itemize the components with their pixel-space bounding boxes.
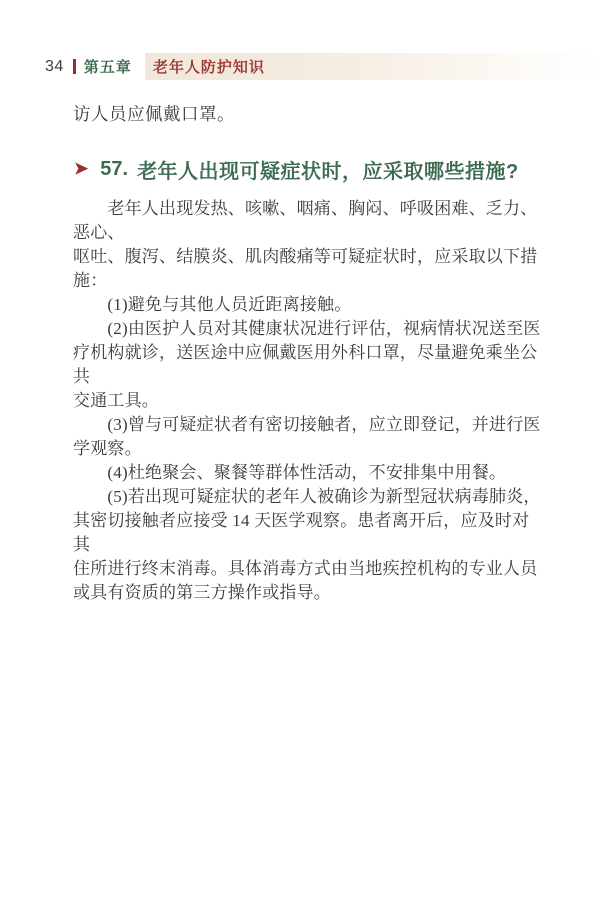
book-page: 34 第五章 老年人防护知识 访人员应佩戴口罩。 ➤ 57. 老年人出现可疑症状… bbox=[0, 0, 600, 900]
question-heading: ➤ 57. 老年人出现可疑症状时，应采取哪些措施? bbox=[74, 155, 560, 184]
page-number: 34 bbox=[45, 58, 64, 76]
chapter-label: 第五章 bbox=[84, 56, 132, 77]
arrow-bullet-icon: ➤ bbox=[74, 160, 88, 177]
body-text: 老年人出现发热、咳嗽、咽痛、胸闷、呼吸困难、乏力、恶心、 呕吐、腹泻、结膜炎、肌… bbox=[73, 197, 543, 605]
question-number: 57. bbox=[100, 158, 128, 181]
question-title: 老年人出现可疑症状时，应采取哪些措施? bbox=[137, 155, 519, 184]
chapter-title-strip: 老年人防护知识 bbox=[145, 53, 600, 80]
header-divider bbox=[73, 59, 76, 74]
chapter-title: 老年人防护知识 bbox=[153, 56, 265, 77]
continuation-paragraph: 访人员应佩戴口罩。 bbox=[73, 102, 235, 126]
page-header: 34 第五章 老年人防护知识 bbox=[45, 53, 600, 80]
